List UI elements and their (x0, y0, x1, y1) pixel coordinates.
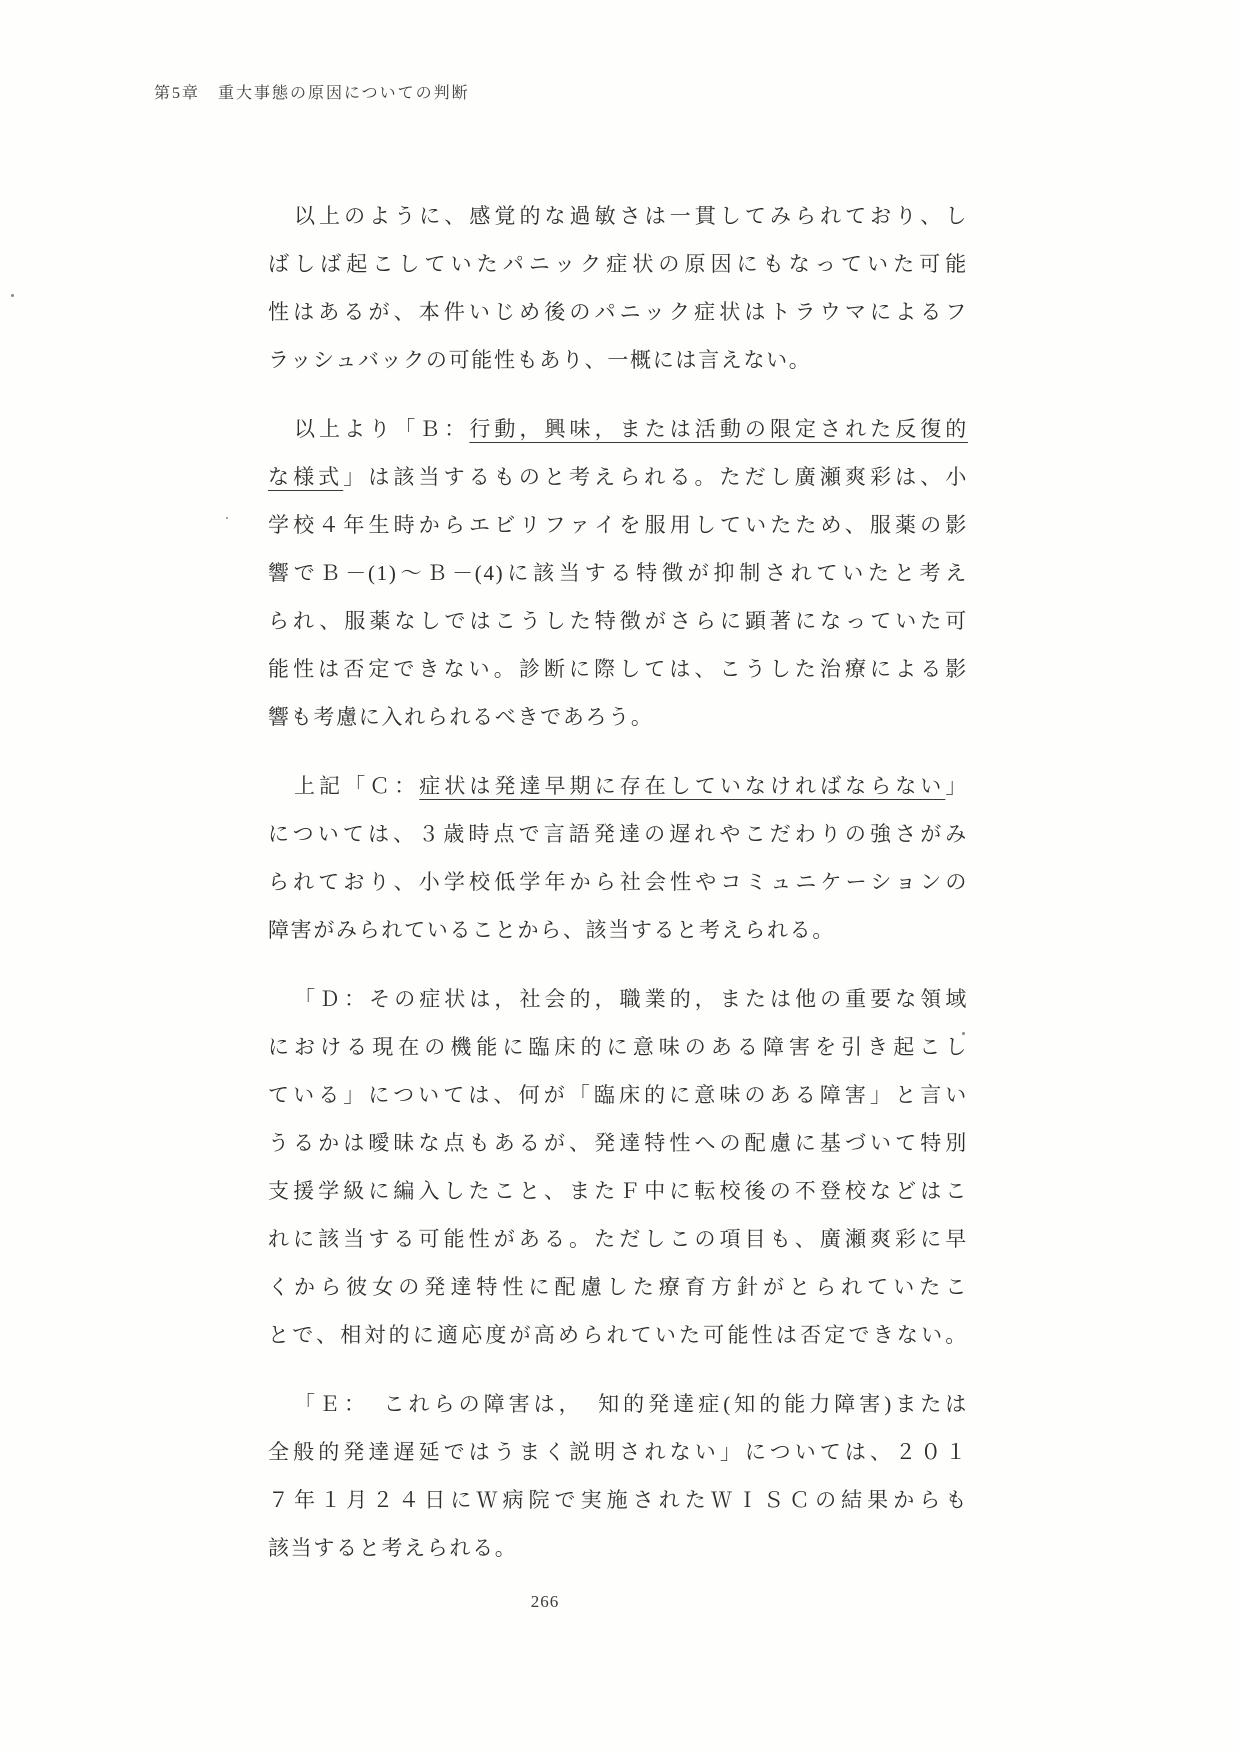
text-line: 以上より「Ｂ：行動，興味，または活動の限定された反復的 (268, 405, 968, 453)
scan-speck (11, 294, 14, 297)
text-segment: 」 (945, 774, 968, 798)
underlined-text: な様式 (268, 465, 343, 489)
text-line: 「Ｅ： これらの障害は， 知的発達症(知的能力障害)または (268, 1380, 968, 1428)
text-line: 響も考慮に入れられるべきであろう。 (268, 693, 968, 741)
document-page: 第5章 重大事態の原因についての判断 以上のように、感覚的な過敏さは一貫してみら… (0, 0, 1239, 1754)
paragraph-4: 「Ｄ：その症状は，社会的，職業的，または他の重要な領域 における現在の機能に臨床… (268, 975, 968, 1359)
text-line: 「Ｄ：その症状は，社会的，職業的，または他の重要な領域 (268, 975, 968, 1023)
scan-speck (962, 1032, 965, 1035)
paragraph-1: 以上のように、感覚的な過敏さは一貫してみられており、し ばしば起こしていたパニッ… (268, 192, 968, 384)
underlined-text: 行動，興味，または活動の限定された反復的 (469, 417, 968, 441)
underlined-text: 症状は発達早期に存在していなければならない (419, 774, 945, 798)
paragraph-2: 以上より「Ｂ：行動，興味，または活動の限定された反復的 な様式」は該当するものと… (268, 405, 968, 741)
text-line: 学校４年生時からエビリファイを服用していたため、服薬の影 (268, 501, 968, 549)
text-line: 能性は否定できない。診断に際しては、こうした治療による影 (268, 645, 968, 693)
text-line: ラッシュバックの可能性もあり、一概には言えない。 (268, 336, 968, 384)
paragraph-3: 上記「Ｃ：症状は発達早期に存在していなければならない」 については、３歳時点で言… (268, 762, 968, 954)
text-line: とで、相対的に適応度が高められていた可能性は否定できない。 (268, 1311, 968, 1359)
text-line: 以上のように、感覚的な過敏さは一貫してみられており、し (268, 192, 968, 240)
text-line: における現在の機能に臨床的に意味のある障害を引き起こし (268, 1023, 968, 1071)
page-number: 266 (460, 1592, 630, 1612)
text-segment: 以上より「Ｂ： (294, 417, 469, 441)
text-line: られ、服薬なしではこうした特徴がさらに顕著になっていた可 (268, 597, 968, 645)
text-line: うるかは曖昧な点もあるが、発達特性への配慮に基づいて特別 (268, 1119, 968, 1167)
text-line: 性はあるが、本件いじめ後のパニック症状はトラウマによるフ (268, 288, 968, 336)
text-line: 上記「Ｃ：症状は発達早期に存在していなければならない」 (268, 762, 968, 810)
text-line: 全般的発達遅延ではうまく説明されない」については、２０１ (268, 1428, 968, 1476)
text-line: くから彼女の発達特性に配慮した療育方針がとられていたこ (268, 1263, 968, 1311)
text-line: ７年１月２４日にＷ病院で実施されたＷＩＳＣの結果からも (268, 1476, 968, 1524)
text-line: 響でＢ－(1)～Ｂ－(4)に該当する特徴が抑制されていたと考え (268, 549, 968, 597)
text-line: ている」については、何が「臨床的に意味のある障害」と言い (268, 1071, 968, 1119)
text-line: られており、小学校低学年から社会性やコミュニケーションの (268, 858, 968, 906)
paragraph-5: 「Ｅ： これらの障害は， 知的発達症(知的能力障害)または 全般的発達遅延ではう… (268, 1380, 968, 1572)
text-segment: 上記「Ｃ： (294, 774, 419, 798)
text-line: れに該当する可能性がある。ただしこの項目も、廣瀬爽彩に早 (268, 1215, 968, 1263)
text-segment: 」は該当するものと考えられる。ただし廣瀬爽彩は、小 (343, 465, 968, 489)
text-line: 支援学級に編入したこと、またＦ中に転校後の不登校などはこ (268, 1167, 968, 1215)
text-line: については、３歳時点で言語発達の遅れやこだわりの強さがみ (268, 810, 968, 858)
document-body: 以上のように、感覚的な過敏さは一貫してみられており、し ばしば起こしていたパニッ… (268, 192, 968, 1572)
chapter-header: 第5章 重大事態の原因についての判断 (154, 80, 470, 103)
text-line: 該当すると考えられる。 (268, 1524, 968, 1572)
scan-speck (226, 517, 228, 519)
text-line: 障害がみられていることから、該当すると考えられる。 (268, 906, 968, 954)
text-line: な様式」は該当するものと考えられる。ただし廣瀬爽彩は、小 (268, 453, 968, 501)
text-line: ばしば起こしていたパニック症状の原因にもなっていた可能 (268, 240, 968, 288)
